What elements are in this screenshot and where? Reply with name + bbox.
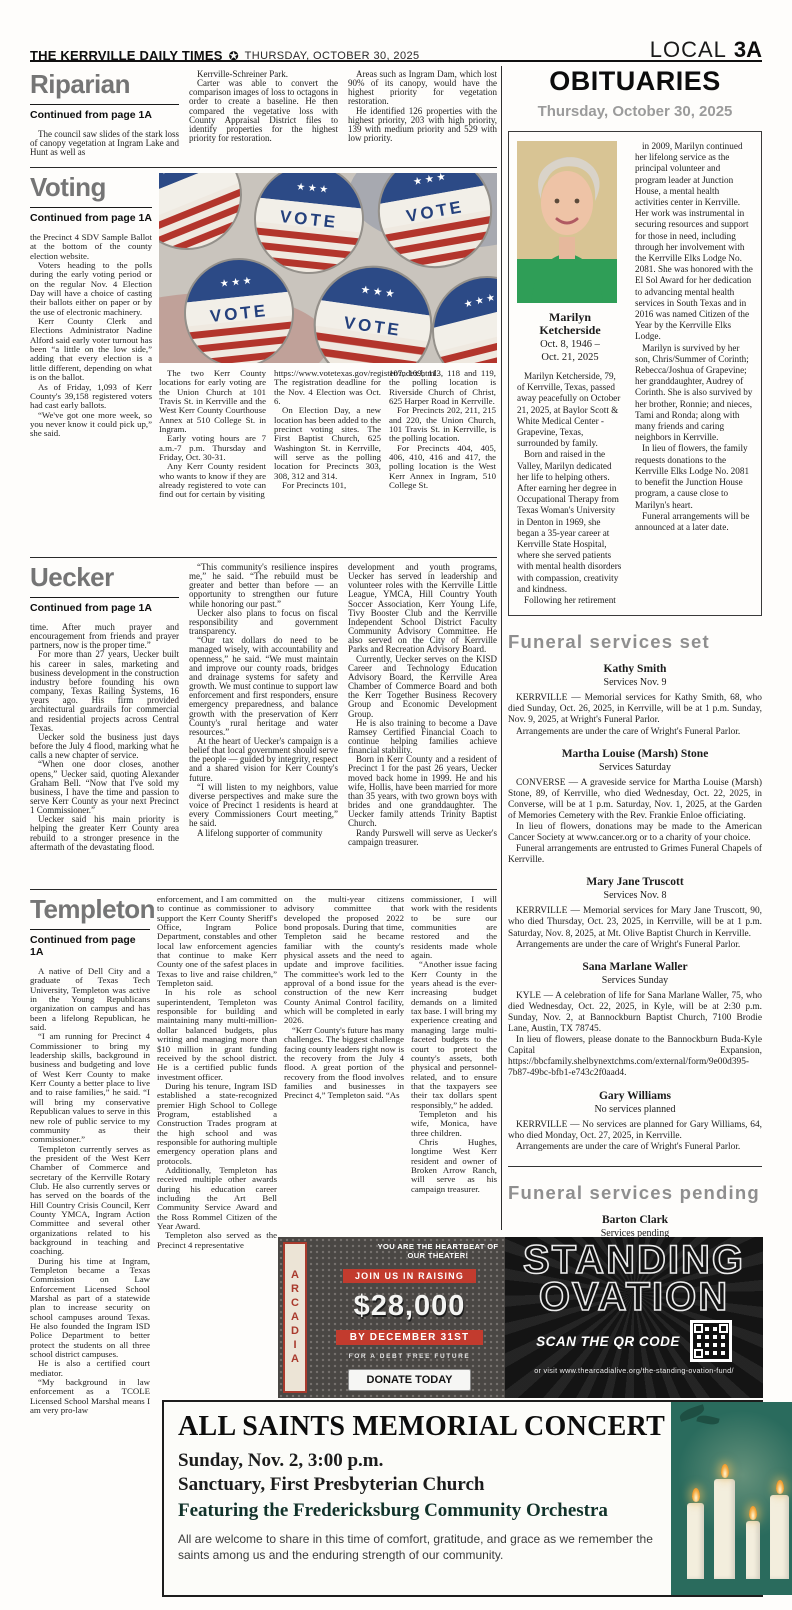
uecker-title: Uecker	[30, 563, 179, 591]
concert-datetime: Sunday, Nov. 2, 3:00 p.m.	[178, 1450, 665, 1472]
funeral-entry-sana-waller: Sana Marlane Waller Services Sunday KYLE…	[508, 961, 762, 1080]
arcadia-theater-ad: ARCADIA YOU ARE THE HEARTBEAT OF OUR THE…	[278, 1237, 763, 1398]
vote-buttons-photo: ★ ★ ★ VOTE VOTE VOTE VOTE	[159, 173, 497, 363]
obituary-date-died: Oct. 21, 2025	[517, 352, 623, 365]
standing-text: STANDING	[523, 1242, 745, 1279]
candle-icon	[770, 1495, 789, 1579]
obituary-text-column: Marilyn Ketcherside, 79, of Kerrville, T…	[517, 371, 623, 606]
article-uecker: Uecker Continued from page 1A time. Afte…	[30, 563, 497, 887]
ovation-text: OVATION	[539, 1279, 729, 1316]
concert-title: ALL SAINTS MEMORIAL CONCERT	[178, 1412, 665, 1442]
continued-from-label: Continued from page 1A	[30, 212, 152, 224]
article-voting: Voting Continued from page 1A the Precin…	[30, 173, 497, 555]
riparian-title: Riparian	[30, 70, 179, 98]
funeral-entry-kathy-smith: Kathy Smith Services Nov. 9 KERRVILLE — …	[508, 663, 762, 737]
deadline-label: BY DECEMBER 31ST	[336, 1330, 484, 1345]
obituary-marilyn-ketcherside: Marilyn Ketcherside Oct. 8, 1946 – Oct. …	[508, 131, 762, 616]
entry-text: KERRVILLE — Memorial services for Mary J…	[508, 906, 762, 950]
obituary-text-column: in 2009, Marilyn continued her lifelong …	[635, 141, 753, 606]
title-rule	[30, 104, 179, 105]
concert-welcome-text: All are welcome to share in this time of…	[178, 1531, 665, 1563]
continued-from-label: Continued from page 1A	[30, 934, 150, 958]
debt-free-tagline: FOR A DEBT FREE FUTURE	[349, 1353, 471, 1360]
article-text-column: The council saw slides of the stark loss…	[30, 130, 179, 157]
title-rule	[30, 207, 152, 208]
arcadia-sign-text: ARCADIA	[289, 1269, 301, 1367]
continued-from-label: Continued from page 1A	[30, 109, 179, 121]
article-text-column: time. After much prayer and encouragemen…	[30, 623, 179, 852]
article-text-column: A native of Dell City and a graduate of …	[30, 967, 150, 1416]
funeral-services-pending-heading: Funeral services pending	[508, 1182, 762, 1204]
article-text-column: the Precinct 4 SDV Sample Ballot at the …	[30, 233, 152, 439]
voting-title: Voting	[30, 173, 152, 201]
entry-name: Kathy Smith	[508, 663, 762, 676]
entry-service-info: No services planned	[508, 1104, 762, 1115]
entry-text: KERRVILLE — Memorial services for Kathy …	[508, 693, 762, 737]
scan-qr-label: SCAN THE QR CODE	[536, 1334, 680, 1349]
obituary-dates: Oct. 8, 1946 – Oct. 21, 2025	[517, 339, 623, 364]
article-text-column: development and youth programs, Uecker h…	[348, 563, 497, 887]
entry-name: Gary Williams	[508, 1090, 762, 1103]
donate-today-button[interactable]: DONATE TODAY	[348, 1369, 472, 1391]
section-divider	[30, 167, 497, 168]
section-divider	[508, 1166, 762, 1167]
newspaper-page: THE KERRVILLE DAILY TIMES ✪ THURSDAY, OC…	[0, 0, 792, 1610]
obituary-name: Marilyn Ketcherside	[517, 311, 623, 337]
article-text-column: Kerrville-Schreiner Park.Carter was able…	[189, 70, 338, 166]
standing-ovation-panel: STANDING OVATION SCAN THE QR CODE or vis…	[505, 1237, 763, 1398]
article-riparian: Riparian Continued from page 1A The coun…	[30, 70, 497, 166]
obituaries-title: OBITUARIES	[508, 66, 762, 97]
concert-featuring: Featuring the Fredericksburg Community O…	[178, 1500, 665, 1522]
obituaries-column: OBITUARIES Thursday, October 30, 2025 Ma…	[508, 66, 762, 1277]
ad-url: or visit www.thearcadialive.org/the-stan…	[534, 1366, 734, 1375]
entry-service-info: Services Sunday	[508, 975, 762, 986]
article-text-column: The two Kerr County locations for early …	[159, 369, 266, 500]
title-rule	[30, 929, 150, 930]
join-us-label: JOIN US IN RAISING	[343, 1269, 476, 1283]
entry-name: Martha Louise (Marsh) Stone	[508, 748, 762, 761]
arcadia-ad-left-panel: ARCADIA YOU ARE THE HEARTBEAT OF OUR THE…	[278, 1237, 505, 1398]
memorial-concert-ad: ALL SAINTS MEMORIAL CONCERT Sunday, Nov.…	[162, 1400, 763, 1597]
article-text-column: Areas such as Ingram Dam, which lost 90%…	[348, 70, 497, 166]
heartbeat-tagline: YOU ARE THE HEARTBEAT OF OUR THEATER!	[377, 1242, 499, 1260]
candle-icon	[687, 1503, 704, 1579]
column-rule	[501, 66, 502, 1230]
funeral-entry-gary-williams: Gary Williams No services planned KERRVI…	[508, 1090, 762, 1153]
article-text-column: 107, 109, 113, 118 and 119, the polling …	[389, 369, 496, 500]
masthead-rule	[30, 60, 762, 62]
funeral-entry-mary-truscott: Mary Jane Truscott Services Nov. 8 KERRV…	[508, 876, 762, 950]
entry-service-info: Services Nov. 9	[508, 677, 762, 688]
fundraising-amount: $28,000	[354, 1291, 466, 1321]
funeral-entry-martha-stone: Martha Louise (Marsh) Stone Services Sat…	[508, 748, 762, 867]
funeral-services-set-heading: Funeral services set	[508, 631, 762, 653]
entry-name: Mary Jane Truscott	[508, 876, 762, 889]
templeton-title: Templeton	[30, 895, 150, 923]
concert-venue: Sanctuary, First Presbyterian Church	[178, 1474, 665, 1496]
title-rule	[30, 597, 179, 598]
entry-text: KYLE — A celebration of life for Sana Ma…	[508, 991, 762, 1080]
entry-service-info: Services Nov. 8	[508, 890, 762, 901]
entry-service-info: Services Saturday	[508, 762, 762, 773]
article-text-column: “This community's resilience inspires me…	[189, 563, 338, 887]
section-divider	[30, 557, 497, 558]
entry-text: KERRVILLE — No services are planned for …	[508, 1120, 762, 1153]
candle-icon	[746, 1521, 760, 1579]
entry-name: Sana Marlane Waller	[508, 961, 762, 974]
candle-icon	[714, 1479, 735, 1579]
qr-code	[690, 1320, 732, 1362]
entry-name: Barton Clark	[508, 1214, 762, 1227]
obituaries-date: Thursday, October 30, 2025	[508, 103, 762, 120]
continued-from-label: Continued from page 1A	[30, 602, 179, 614]
article-text-column: https://www.votetexas.gov/register/index…	[274, 369, 381, 500]
section-divider	[30, 889, 497, 890]
candles-artwork	[671, 1402, 792, 1595]
obituary-photo	[517, 141, 617, 303]
arcadia-marquee-sign: ARCADIA	[283, 1242, 307, 1393]
obituary-date-born: Oct. 8, 1946 –	[517, 339, 623, 352]
entry-text: CONVERSE — A graveside service for Marth…	[508, 778, 762, 867]
